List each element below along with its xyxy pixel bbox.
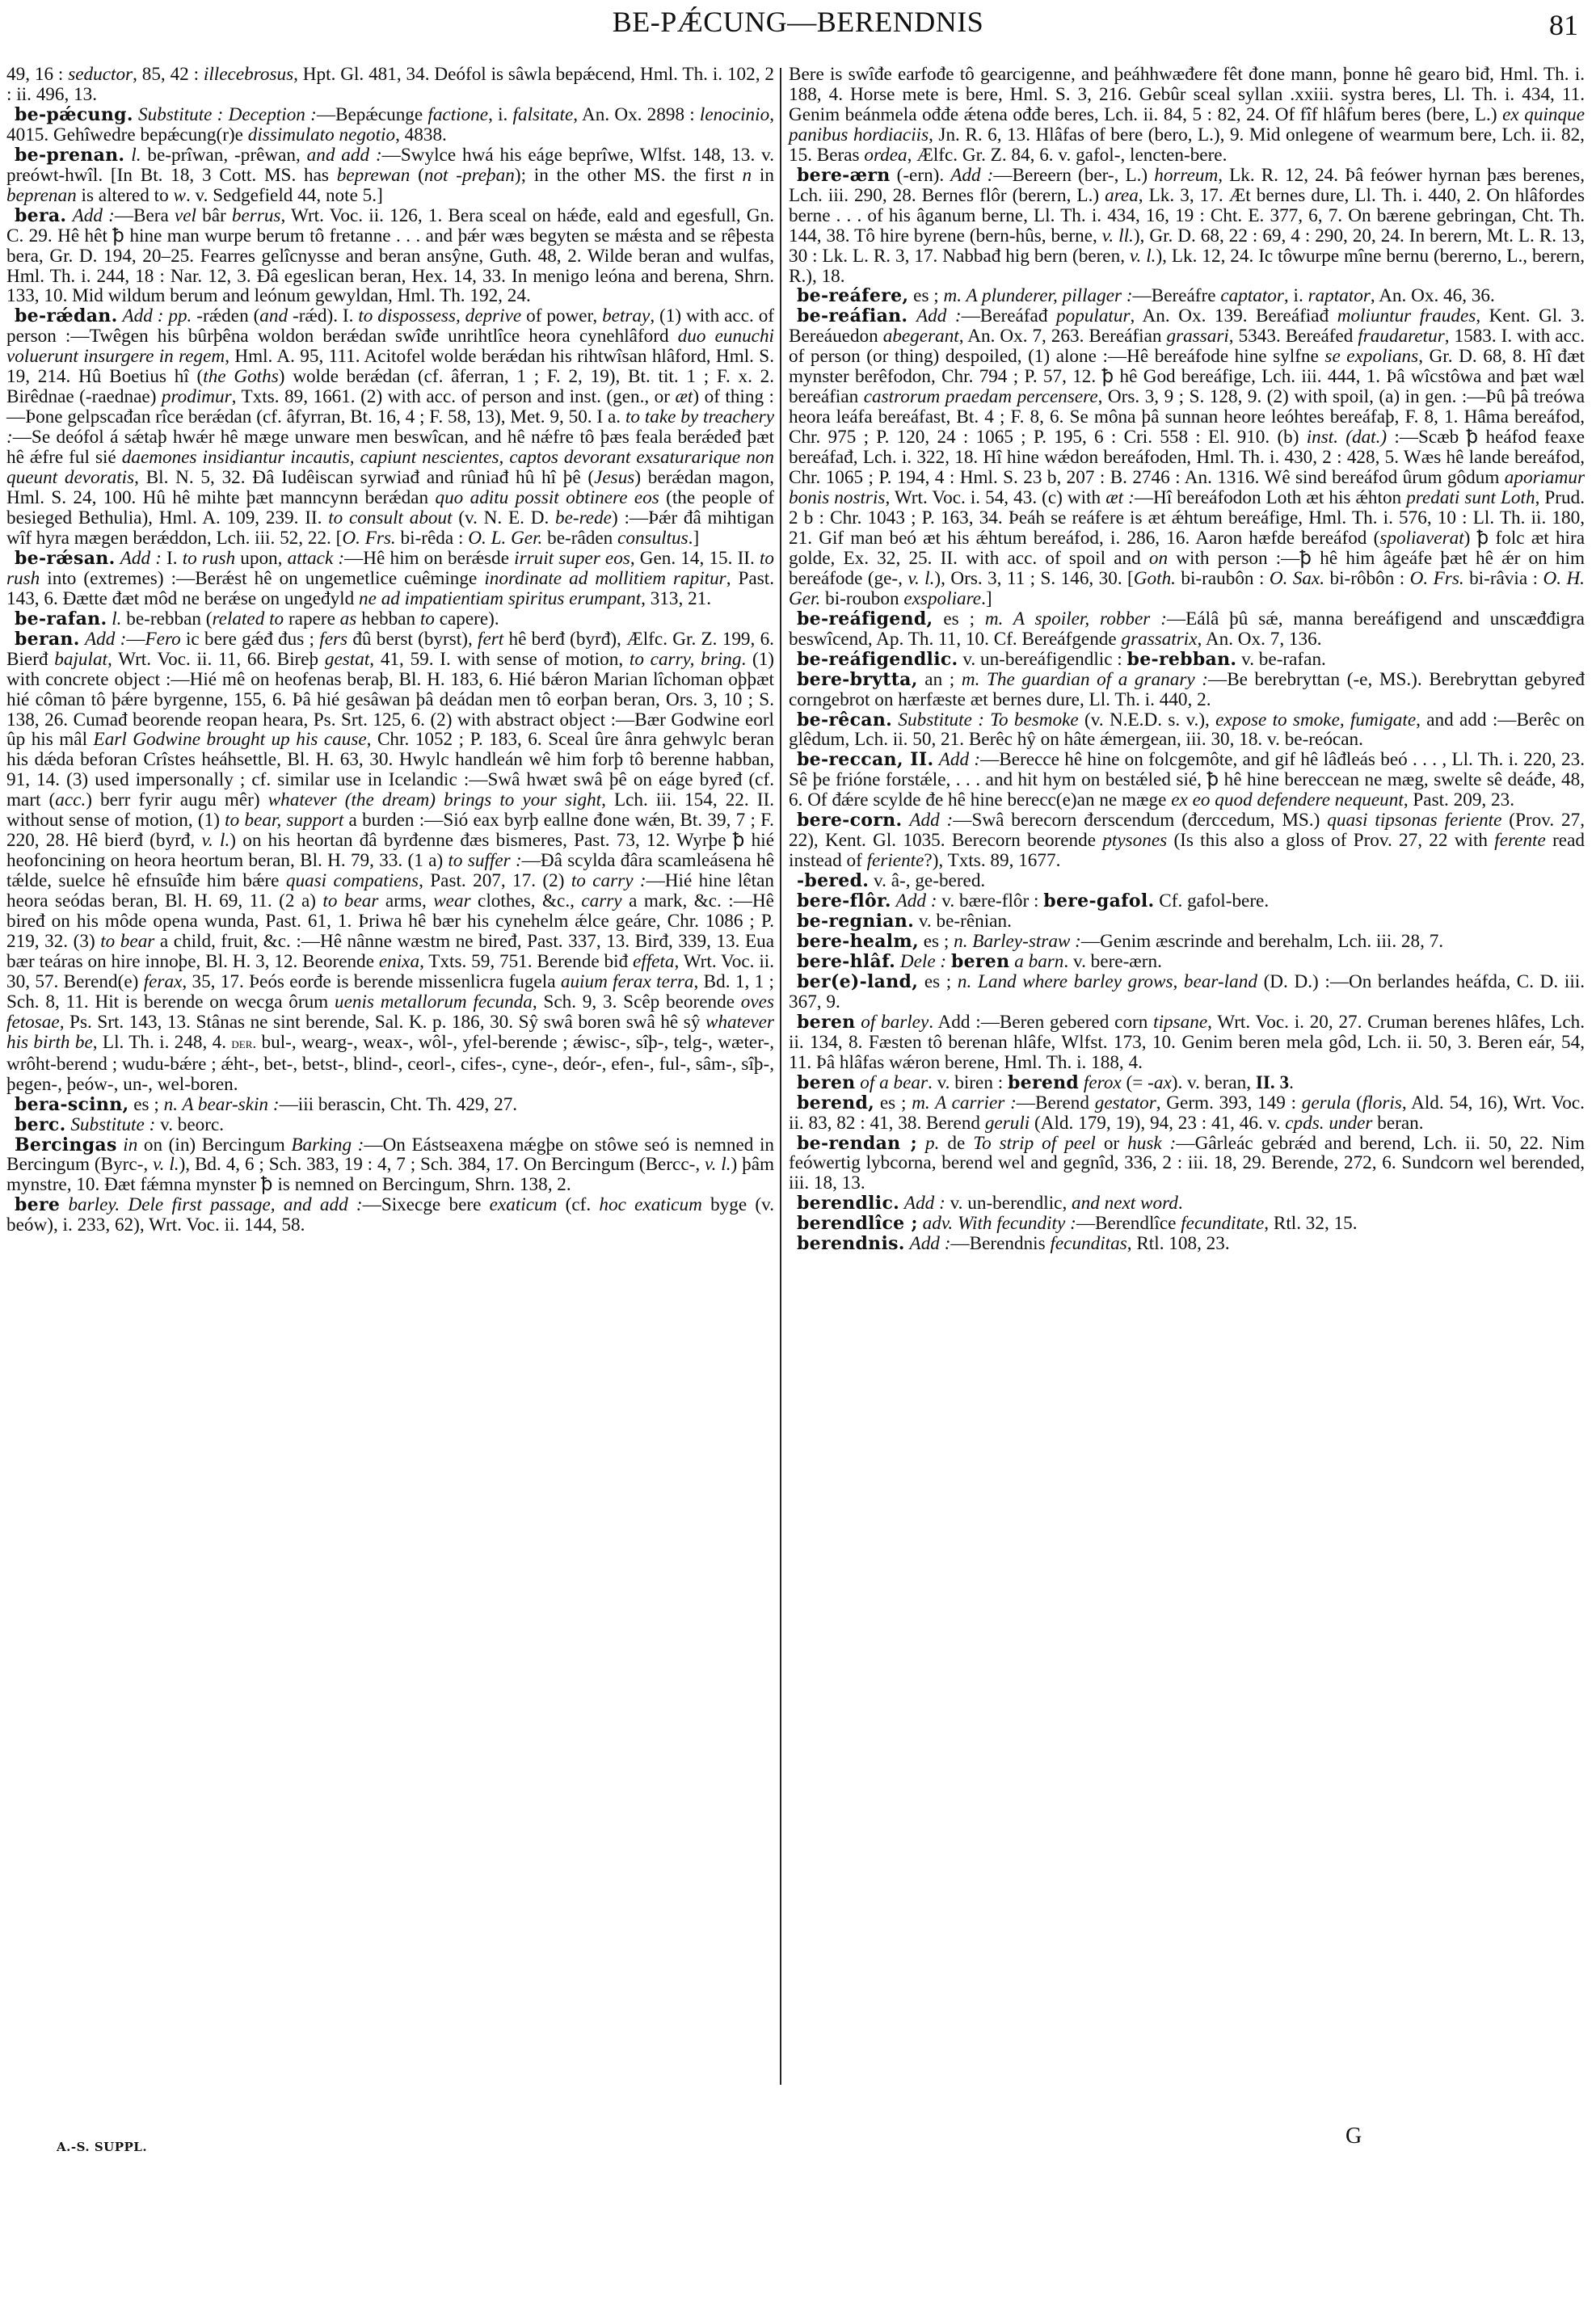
entry-text: as <box>340 608 357 629</box>
entry-text: fecunditas <box>1050 1233 1126 1254</box>
entry-text: —Swâ berecorn đerscendum (đerccedum, MS.… <box>953 810 1327 831</box>
headword: be-rǽsan. <box>15 548 116 569</box>
entry-text: and add : <box>307 145 382 166</box>
entry-text: floris <box>1362 1092 1402 1113</box>
headword: bera-scinn, <box>15 1094 128 1115</box>
entry-text: quo aditu possit obtinere eos <box>435 487 659 508</box>
entry-text: and next word <box>1072 1193 1178 1214</box>
dictionary-entry: -bered. v. â-, ge-bered. <box>789 871 1585 891</box>
entry-text: fers <box>319 629 347 650</box>
entry-text: the Goths <box>203 366 278 387</box>
entry-text: -rǽden ( <box>192 305 259 326</box>
headword: ber(e)-land, <box>797 971 918 992</box>
headword: bera. <box>15 205 66 226</box>
entry-text: Dele : <box>900 951 946 972</box>
entry-text: , 85, 42 : <box>133 64 204 85</box>
entry-text: , i. <box>1284 285 1308 306</box>
entry-text: O. Frs. <box>1410 568 1464 589</box>
entry-text: of barley <box>861 1012 929 1033</box>
entry-text: ferente <box>1494 830 1546 851</box>
dictionary-entry: Bercingas in on (in) Bercingum Barking :… <box>6 1135 774 1196</box>
entry-text: n <box>743 165 752 186</box>
entry-text: II. 3 <box>1256 1072 1289 1093</box>
entry-text: bâr <box>196 205 232 226</box>
entry-text: , Rtl. 108, 23. <box>1127 1233 1230 1254</box>
entry-text: Goth. <box>1134 568 1176 589</box>
entry-text: de <box>939 1133 973 1154</box>
entry-text: predati sunt Loth <box>1406 487 1535 508</box>
headword: berend <box>1008 1072 1079 1093</box>
entry-text: to carry : <box>571 870 646 891</box>
dictionary-entry: bere barley. Dele first passage, and add… <box>6 1195 774 1235</box>
entry-text: , 5343. Bereáfed <box>1229 326 1358 347</box>
entry-text: Earl Godwine brought up his cause <box>94 729 367 750</box>
entry-text: v. l. <box>153 1154 179 1175</box>
entry-text: area <box>1105 185 1139 206</box>
entry-text <box>66 205 72 226</box>
headword: -bered. <box>797 870 869 891</box>
entry-text: tipsane <box>1153 1012 1207 1033</box>
entry-text: w <box>173 185 185 206</box>
headword: bere-healm, <box>797 931 919 952</box>
headword: bere-flôr. <box>797 890 891 911</box>
entry-text: lenocinio <box>700 104 769 125</box>
entry-text: , Rtl. 32, 15. <box>1264 1213 1357 1234</box>
entry-text: Add : pp. <box>122 305 192 326</box>
entry-text: , An. Ox. 7, 136. <box>1198 629 1322 650</box>
entry-text: (-ern). <box>891 165 951 186</box>
entry-text: , Wrt. Voc. i. 54, 43. (c) with <box>885 487 1105 508</box>
entry-text: betray <box>602 305 650 326</box>
dictionary-entry: be-reáfigend, es ; m. A spoiler, robber … <box>789 609 1585 650</box>
entry-text: —Bera <box>115 205 175 226</box>
entry-text: Add : <box>120 548 162 569</box>
entry-text: Jesus <box>594 467 634 488</box>
dictionary-entry: ber(e)-land, es ; n. Land where barley g… <box>789 972 1585 1012</box>
entry-text: moliuntur fraudes <box>1337 305 1476 326</box>
entry-text: m. The guardian of a granary : <box>962 669 1208 690</box>
entry-text: , An. Ox. 7, 263. Bereáfian <box>959 326 1167 347</box>
entry-text: hoc exaticum <box>599 1194 701 1215</box>
entry-text: —Berend <box>1017 1092 1095 1113</box>
entry-text: ) berr fyrir augu mêr) <box>86 789 267 810</box>
entry-text: a barn <box>1014 951 1063 972</box>
entry-text: —Bereáfre <box>1133 285 1221 306</box>
headword: bere-ærn <box>797 165 891 186</box>
entry-text: berrus <box>232 205 281 226</box>
dictionary-entry: bere-healm, es ; n. Barley-straw :—Genim… <box>789 932 1585 952</box>
headword: beren <box>951 951 1009 972</box>
entry-text: v. l. <box>1130 246 1156 267</box>
entry-text: I. <box>162 548 183 569</box>
entry-text: v. â-, ge-bered. <box>869 870 985 891</box>
entry-text: 49, 16 : <box>6 64 68 85</box>
entry-text: —Hî bereáfodon Loth æt his ǽhton <box>1135 487 1406 508</box>
entry-text: —Berendlîce <box>1076 1213 1181 1234</box>
entry-text: in <box>752 165 774 186</box>
entry-text: —Bereern (ber-, L.) <box>993 165 1154 186</box>
entry-text: enixa <box>379 951 419 972</box>
entry-text: not -preþan <box>424 165 515 186</box>
dictionary-entry: be-reáfian. Add :—Bereáfađ populatur, An… <box>789 306 1585 608</box>
entry-text <box>60 1194 68 1215</box>
entry-text: ?), Txts. 89, 1677. <box>924 850 1060 871</box>
entry-text: v. un-bereáfigendlic : <box>958 649 1127 670</box>
entry-text: v. l. <box>907 568 934 589</box>
entry-text: —iii berascin, Cht. Th. 429, 27. <box>280 1094 518 1115</box>
entry-text: Fero <box>145 629 181 650</box>
entry-text: exaticum <box>490 1194 558 1215</box>
entry-text: , 313, 21. <box>641 588 711 609</box>
entry-text: , Past. 207, 17. (2) <box>419 870 571 891</box>
entry-text: Bere is swîđe earfođe tô gearcigenne, an… <box>789 64 1585 125</box>
entry-text: abegerant <box>883 326 959 347</box>
dictionary-entry: be-rendan ; p. de To strip of peel or hu… <box>789 1134 1585 1194</box>
entry-text: der. <box>231 1035 256 1052</box>
entry-text: Add : <box>910 1233 951 1254</box>
dictionary-entry: be-rǽdan. Add : pp. -rǽden (and -rǽd). I… <box>6 306 774 548</box>
entry-text: ), Ors. 3, 11 ; S. 146, 30. [ <box>934 568 1133 589</box>
entry-text: es ; <box>919 931 954 952</box>
entry-text: , Txts. 59, 751. Berende biđ <box>419 951 633 972</box>
entry-text: v. bære-flôr : <box>937 890 1044 911</box>
entry-text: đû berst (byrst), <box>347 629 478 650</box>
entry-text: Add : <box>909 810 953 831</box>
entry-text: seductor <box>68 64 133 85</box>
entry-text: beran. <box>1372 1113 1423 1134</box>
entry-text: v. ll. <box>1102 225 1134 246</box>
entry-text: . v. bere-ærn. <box>1063 951 1161 972</box>
headword: berc. <box>15 1114 66 1135</box>
dictionary-entry: bera. Add :—Bera vel bâr berrus, Wrt. Vo… <box>6 206 774 307</box>
entry-text: (v. N.E.D. s. v.), <box>1079 709 1215 730</box>
headword: be-reáfere, <box>797 285 908 306</box>
entry-text: gestator <box>1095 1092 1156 1113</box>
headword: be-reáfigend, <box>797 608 933 629</box>
entry-text: m. A spoiler, robber : <box>985 608 1167 629</box>
entry-text: n. Land where barley grows, bear-land <box>958 971 1257 992</box>
entry-text: to <box>420 608 435 629</box>
entry-text: -rǽd). I. <box>288 305 358 326</box>
entry-text: fecunditate <box>1181 1213 1264 1234</box>
entry-text: carry <box>581 890 621 911</box>
entry-text: exspoliare <box>903 588 981 609</box>
headword: bere-corn. <box>797 810 902 831</box>
entry-text: an ; <box>918 669 962 690</box>
headword: be-reccan, II. <box>797 749 933 770</box>
entry-text: bi-rôbôn : <box>1324 568 1410 589</box>
headword: bere <box>15 1194 60 1215</box>
entry-text: Substitute : To besmoke <box>898 709 1078 730</box>
headword: berendlîce ; <box>797 1213 918 1234</box>
page-number: 81 <box>1549 8 1578 42</box>
entry-text: (cf. <box>557 1194 599 1215</box>
entry-text: Cf. gafol-bere. <box>1155 890 1270 911</box>
entry-text: vel <box>175 205 196 226</box>
entry-text: of a bear <box>860 1072 928 1093</box>
entry-text: bi-rêda : <box>396 528 469 549</box>
headword: be-regnian. <box>797 911 914 932</box>
entry-text: factione <box>427 104 488 125</box>
entry-text: l. <box>112 608 121 629</box>
dictionary-entry: bere-ærn (-ern). Add :—Bereern (ber-, L.… <box>789 166 1585 287</box>
dictionary-entry: bere-hlâf. Dele : beren a barn. v. bere-… <box>789 952 1585 972</box>
entry-text: castrorum praedam percensere <box>864 386 1098 407</box>
entry-text: ne ad impatientiam spiritus erumpant <box>359 588 641 609</box>
dictionary-entry: berendlîce ; adv. With fecundity :—Beren… <box>789 1214 1585 1234</box>
entry-text: into (extremes) :—Berǽst hê on ungemetli… <box>40 568 484 589</box>
entry-text: grassatrix <box>1121 629 1197 650</box>
entry-text: , 4838. <box>395 124 447 145</box>
entry-text: v. be-rafan. <box>1236 649 1326 670</box>
entry-text: hebban <box>356 608 420 629</box>
entry-text: , Gen. 14, 15. II. <box>630 548 760 569</box>
entry-text: be-rede <box>555 507 612 528</box>
entry-text: of power, <box>521 305 602 326</box>
entry-text: spoliaverat <box>1379 528 1463 549</box>
entry-text: prodimur <box>162 386 232 407</box>
entry-text: dissimulato negotio <box>248 124 395 145</box>
entry-text: -ax <box>1148 1072 1172 1093</box>
entry-text: (v. N. E. D. <box>453 507 555 528</box>
entry-text: — <box>126 629 145 650</box>
entry-text: inordinate ad mollitiem rapitur <box>484 568 726 589</box>
headword: be-rêcan. <box>797 709 892 730</box>
entry-text: (= <box>1122 1072 1148 1093</box>
entry-text: be-râden <box>542 528 617 549</box>
entry-text: ( <box>410 165 424 186</box>
entry-text: to consult about <box>328 507 452 528</box>
entry-text: es ; <box>128 1094 163 1115</box>
entry-text: be-rebban ( <box>121 608 212 629</box>
entry-text: irruit super eos <box>514 548 630 569</box>
entry-text: arms, <box>378 890 433 911</box>
entry-text: . Add :—Beren gebered corn <box>929 1012 1153 1033</box>
page-header: BE-PǼCUNG—BERENDNIS 81 <box>0 0 1596 48</box>
entry-text: —Genim æscrinde and berehalm, Lch. iii. … <box>1081 931 1443 952</box>
entry-text: cpds. under <box>1285 1113 1372 1134</box>
entry-text <box>907 305 916 326</box>
entry-text: raptator <box>1308 285 1371 306</box>
headword: be-rafan. <box>15 608 107 629</box>
entry-text: , Germ. 393, 149 : <box>1156 1092 1302 1113</box>
entry-text: bi-roubon <box>820 588 903 609</box>
entry-text: Add : <box>916 305 962 326</box>
entry-text: es ; <box>918 971 958 992</box>
entry-text: on <box>1149 548 1168 569</box>
entry-text: . v. Sedgefield 44, note 5.] <box>186 185 383 206</box>
entry-text <box>902 810 909 831</box>
entry-text: v. l. <box>705 1154 731 1175</box>
dictionary-entry: berc. Substitute : v. beorc. <box>6 1115 774 1135</box>
dictionary-entry: beren of barley. Add :—Beren gebered cor… <box>789 1012 1585 1073</box>
headword: be-rǽdan. <box>15 305 118 326</box>
running-title: BE-PǼCUNG—BERENDNIS <box>0 5 1596 39</box>
entry-text: , Txts. 89, 1661. (2) with acc. of perso… <box>232 386 676 407</box>
entry-text: to bear <box>100 931 154 952</box>
headword: be-rebban. <box>1127 649 1237 670</box>
headword: bere-hlâf. <box>797 951 895 972</box>
entry-text: auium ferax terra <box>561 971 694 992</box>
entry-text: —Bereáfađ <box>962 305 1056 326</box>
dictionary-entry: be-rǽsan. Add : I. to rush upon, attack … <box>6 549 774 609</box>
dictionary-entry: berend, es ; m. A carrier :—Berend gesta… <box>789 1093 1585 1134</box>
headword: Bercingas <box>15 1134 117 1155</box>
entry-text: to suffer : <box>448 850 521 871</box>
entry-text: , An. Ox. 2898 : <box>573 104 700 125</box>
entry-text <box>917 1133 925 1154</box>
entry-text: Substitute : Deception : <box>138 104 317 125</box>
entry-text: wear <box>433 890 470 911</box>
entry-text: Add : <box>939 749 980 770</box>
entry-text: upon, <box>235 548 287 569</box>
entry-text: barley. Dele first passage, and add : <box>68 1194 362 1215</box>
entry-text: , 35, 17. Þeós eorđe is berende missenli… <box>182 971 561 992</box>
entry-text: captator <box>1220 285 1284 306</box>
entry-text: falsitate <box>513 104 574 125</box>
entry-text: æt <box>675 386 693 407</box>
entry-text: on (in) Bercingum <box>137 1134 291 1155</box>
dictionary-entry: be-reccan, II. Add :—Berecce hê hine on … <box>789 750 1585 810</box>
entry-text: , Ll. Th. i. 248, 4. <box>93 1032 232 1053</box>
entry-text: O. Sax. <box>1270 568 1324 589</box>
entry-text: ); in the other MS. the first <box>515 165 743 186</box>
entry-text: adv. With fecundity : <box>923 1213 1076 1234</box>
headword: be-prenan. <box>15 145 124 166</box>
entry-text: . v. biren : <box>928 1072 1008 1093</box>
entry-text: quasi tipsonas feriente <box>1327 810 1501 831</box>
dictionary-entry: bera-scinn, es ; n. A bear-skin :—iii be… <box>6 1095 774 1115</box>
entry-text: .] <box>981 588 992 609</box>
entry-text: is altered to <box>77 185 174 206</box>
entry-text: , An. Ox. 139. Bereáfiađ <box>1130 305 1337 326</box>
signature-line: A.-S. SUPPL. <box>57 2140 147 2154</box>
entry-text: related to <box>213 608 284 629</box>
entry-text: populatur <box>1056 305 1130 326</box>
entry-text: ic bere gǽđ đus ; <box>181 629 320 650</box>
column-divider <box>780 68 781 2085</box>
entry-text: , Bl. N. 5, 32. Đâ Iudêiscan syrwiađ and… <box>134 467 594 488</box>
entry-text: ). v. beran, <box>1172 1072 1256 1093</box>
dictionary-entry: beran. Add :—Fero ic bere gǽđ đus ; fers… <box>6 629 774 1095</box>
entry-text: to bear, support <box>225 810 343 831</box>
headword: be-reáfian. <box>797 305 907 326</box>
entry-text: grassari <box>1166 326 1228 347</box>
entry-text: (Is this also a gloss of Prov. 27, 22 wi… <box>1167 830 1494 851</box>
headword: berendnis. <box>797 1233 905 1254</box>
entry-text: O. Frs. <box>342 528 395 549</box>
entry-text: consultus <box>617 528 689 549</box>
entry-text: Substitute : <box>70 1114 155 1135</box>
entry-continuation: Bere is swîđe earfođe tô gearcigenne, an… <box>789 65 1585 166</box>
entry-text: Add : <box>85 629 126 650</box>
dictionary-entry: bere-flôr. Add : v. bære-flôr : bere-gaf… <box>789 891 1585 911</box>
headword: beren <box>797 1072 855 1093</box>
headword: beran. <box>15 629 80 650</box>
entry-text: n. A bear-skin : <box>164 1094 280 1115</box>
entry-text: To strip of peel <box>973 1133 1096 1154</box>
entry-text: Add : <box>904 1193 945 1214</box>
dictionary-entry: be-regnian. v. be-rênian. <box>789 911 1585 932</box>
entry-text: acc. <box>55 789 86 810</box>
headword: bere-gafol. <box>1043 890 1154 911</box>
entry-text: inst. (dat.) <box>1307 427 1387 448</box>
dictionary-entry: berendlic. Add : v. un-berendlic, and ne… <box>789 1193 1585 1214</box>
entry-text: , An. Ox. 46, 36. <box>1371 285 1495 306</box>
entry-text: Barking : <box>291 1134 364 1155</box>
headword: be-reáfigendlic. <box>797 649 958 670</box>
entry-text: æt : <box>1105 487 1135 508</box>
entry-text: beprewan <box>337 165 411 186</box>
entry-text: to dispossess, deprive <box>358 305 521 326</box>
entry-text: . <box>1289 1072 1294 1093</box>
entry-text: gestat <box>325 649 369 670</box>
entry-text: fraudaretur <box>1358 326 1444 347</box>
entry-text: l. <box>131 145 141 166</box>
entry-text: ex eo quod defendere nequeunt <box>1171 789 1404 810</box>
entry-text: ( <box>1350 1092 1362 1113</box>
entry-text: . <box>1178 1193 1183 1214</box>
entry-text: uenis metallorum fecunda <box>335 991 533 1012</box>
entry-text: quasi compatiens <box>286 870 419 891</box>
entry-text: gerula <box>1302 1092 1351 1113</box>
entry-text: v. un-berendlic, <box>945 1193 1072 1214</box>
entry-text: expose to smoke, fumigate <box>1215 709 1416 730</box>
entry-text: attack : <box>288 548 345 569</box>
entry-text: v. beorc. <box>155 1114 224 1135</box>
entry-text: —Hê him on berǽsde <box>344 548 514 569</box>
entry-text: , 41, 59. I. with sense of motion, <box>369 649 630 670</box>
entry-text: in <box>123 1134 137 1155</box>
entry-text: (Ald. 179, 19), 94, 23 : 41, 46. v. <box>1030 1113 1285 1134</box>
dictionary-entry: berendnis. Add :—Berendnis fecunditas, R… <box>789 1234 1585 1254</box>
entry-text: whatever (the dream) brings to your sigh… <box>268 789 601 810</box>
signature-mark: G <box>1345 2124 1362 2149</box>
right-column: Bere is swîđe earfođe tô gearcigenne, an… <box>789 65 1585 1254</box>
entry-text: .] <box>689 528 700 549</box>
entry-text: es ; <box>933 608 985 629</box>
entry-text: —Sixecge bere <box>363 1194 490 1215</box>
entry-text: , Ælfc. Gr. Z. 84, 6. v. gafol-, lencten… <box>907 145 1228 166</box>
entry-text: , Sch. 9, 3. Scêp beorende <box>533 991 741 1012</box>
entry-text: ordea <box>864 145 907 166</box>
entry-text: feriente <box>867 850 924 871</box>
entry-text: capere). <box>435 608 499 629</box>
headword: berendlic. <box>797 1193 899 1214</box>
entry-text: v. l. <box>201 830 230 851</box>
entry-text: ptysones <box>1102 830 1167 851</box>
entry-text: n. Barley-straw : <box>954 931 1081 952</box>
entry-text: beprenan <box>6 185 77 206</box>
dictionary-entry: be-pǽcung. Substitute : Deception :—Bepǽ… <box>6 105 774 145</box>
entry-text: O. L. Ger. <box>468 528 542 549</box>
entry-text: , i. <box>488 104 512 125</box>
entry-text: p. <box>925 1133 939 1154</box>
entry-text: m. A carrier : <box>912 1092 1017 1113</box>
entry-text: v. be-rênian. <box>914 911 1012 932</box>
entry-text: to carry, bring <box>630 649 742 670</box>
entry-text: es ; <box>874 1092 912 1113</box>
entry-text: —Bepǽcunge <box>317 104 428 125</box>
entry-text: ferox <box>1084 1072 1122 1093</box>
entry-text: bi-râvia : <box>1464 568 1543 589</box>
entry-text: effeta <box>633 951 675 972</box>
entry-text: Add : <box>73 205 115 226</box>
entry-text: se expolians <box>1324 346 1418 367</box>
dictionary-entry: be-reáfere, es ; m. A plunderer, pillage… <box>789 286 1585 306</box>
entry-text: Add : <box>896 890 937 911</box>
entry-text: clothes, &c., <box>471 890 582 911</box>
